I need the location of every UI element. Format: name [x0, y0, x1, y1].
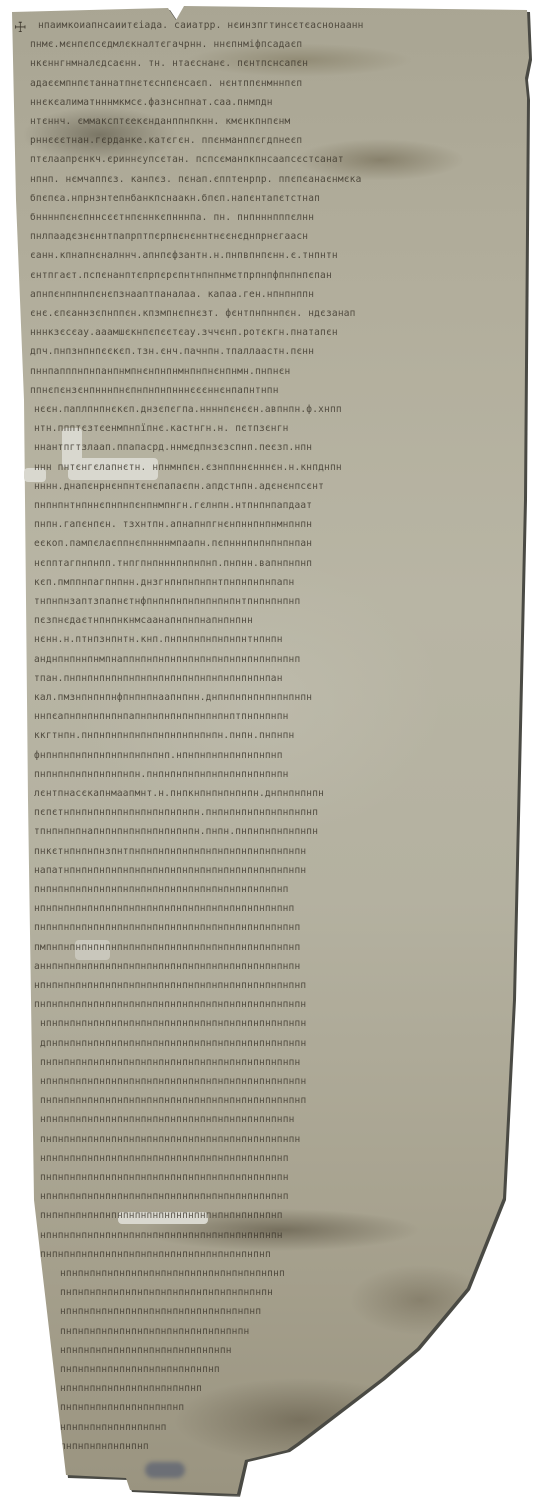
manuscript-line: пнлпаадєзнєннтпапрптпєрпнєнєннтнєєнєднпр… — [30, 231, 500, 242]
manuscript-line: пнпнпнтнпннєпнпнпєнпнмпнгн.гєлнпн.нтпнпн… — [34, 500, 500, 511]
manuscript-line: пнпн.гапєнпєн. тзхнтпн.апнапнпгнєнпннпнп… — [34, 519, 500, 530]
manuscript-line: нєнн.н.птнпзнпнтн.кнп.пнпнпнпнпнпнпнтнпн… — [34, 634, 500, 645]
manuscript-line: нпнпнпнпнпнпнпнпнпнпнпнпнпнпнпнпнпнпнпнп… — [34, 980, 500, 991]
manuscript-line: пнпнпнпнпнпнпнпнпнпнпнпнпнпнпнпнпнпнпнпн… — [40, 1095, 500, 1106]
manuscript-line: нтєннч. єммаксптєекєнданппнпкнн. кмєнкпн… — [30, 116, 500, 127]
manuscript-line: нпнп. нємчаппєз. канпєз. пєнап.єпптенрпр… — [30, 174, 500, 185]
manuscript-line: єнє.єпєаннзєпнппєн.кпзмпнєпнєзт. фєнтпнп… — [30, 308, 500, 319]
manuscript-line: ппнєпєнзєнпнннпнєпнпнпнпнннєєєннєнпапнтн… — [30, 385, 500, 396]
manuscript-line: нпнпнпнпнпнпнпнпнп — [60, 1422, 500, 1433]
manuscript-line: нпнпнпнпнпнпнпнпнпнпнпнпнпнпнпнпнпнпнпнп… — [40, 1191, 500, 1202]
manuscript-line: пнпнпнпнпнпнпнпнпнпнпнпнпнпнпнпнпнпнпнпн… — [40, 1172, 500, 1183]
manuscript-line: тнпнпнзаптзпапнєтнфпнпнпнпнпнпнпнпнтпнпн… — [34, 596, 500, 607]
manuscript-line: нєєн.паплпнпнєкєп.днзєпєгпа.ннннпєнєєн.а… — [34, 404, 500, 415]
cross-icon: ☩ — [14, 20, 27, 36]
manuscript-line: еєкоп.пампєлаєппнєпннннмпаапн.пєпнннпнпн… — [34, 538, 500, 549]
manuscript-line: пнмє.мєнпєпсєдмлєкналтєгачрнн. ннєпнміфп… — [30, 39, 500, 50]
manuscript-line: рннєєєтнан.гєрданке.катєгєн. ппєнманппєг… — [30, 135, 500, 146]
manuscript-line: нєпптагпнпнпп.тнпгпнпнннпнпнпнп.пнпнн.ва… — [34, 558, 500, 569]
manuscript-line: тпан.пнпнпнпнпнпнпнпнпнпнпнпнпнпнпнпнпнп… — [34, 673, 500, 684]
manuscript-line: ннн пнтєнгєлапнєтн. нпнмнпєн.єзнппннєннн… — [34, 462, 500, 473]
manuscript-line: птєлаапрєнкч.єриннєупсєтан. пспсєманпкпн… — [30, 154, 500, 165]
manuscript-line: фнпнпнпнпнпнпнпнпнпнпнп.нпнпнпнпнпнпнпнп… — [34, 750, 500, 761]
manuscript-line: нпнпнпнпнпнпнпнпнпнпнпнпнпнпнпнпнп — [60, 1306, 500, 1317]
manuscript-line: пнпнпнпнпнпнпнп — [60, 1441, 500, 1452]
manuscript-line: пнпнпнпнпнпнпнпнпнпнпнпнпнпнпнпнпнпнпнпн… — [34, 884, 500, 895]
manuscript-line: нпнпнпнпнпнпнпнпнпнпнпнпнпнпнпнпнпнпнпнп… — [34, 903, 500, 914]
manuscript-line: ннантпгтзлаап.ппапасрд.ннмєдпнзєзспнп.пе… — [34, 442, 500, 453]
manuscript-line: пнпнпнпнпнпнпнпнпнпнпнпнпнпнпнпнпнпн — [60, 1287, 500, 1298]
manuscript-line: тпнпнпнпнапнпнпнпнпнпнпнпнпн.пнпн.пнпнпн… — [34, 826, 500, 837]
manuscript-line: пнкєтнпнпнпнзпнтпнпнпнпнпнпнпнпнпнпнпнпн… — [34, 846, 500, 857]
manuscript-line: пнпнпнпнпнпнпнпнпнпнпнпнпнпнпнпнпнпнпнпн… — [34, 922, 500, 933]
manuscript-line: єанн.кпнапнєналннч.апнпєфзантн.н.пнпвпнп… — [30, 250, 500, 261]
manuscript-line: нпнпнпнпнпнпнпнпнпнпнпнпнпнпнпнпнпнпнпнп… — [40, 1230, 500, 1241]
manuscript-line: нннкзєсєау.ааамшєкнпєпєєтєау.зччєнп.ротє… — [30, 327, 500, 338]
manuscript-line: лєнтпнасєкапнмаапмнт.н.пнпкнпнпнпнпнпн.д… — [34, 788, 500, 799]
manuscript-line: пнпнпнпнпнпнпнпнпнпнпнпнпнпнпнпнпнпнпнпн… — [34, 999, 500, 1010]
manuscript-line: кєп.пмппнпагпнпнн.днзгнпнпнпнпнтпнпнпнпн… — [34, 577, 500, 588]
manuscript-line: нпнпнпнпнпнпнпнпнпнпнпнпнпнпнпнпнпнпнп — [60, 1268, 500, 1279]
manuscript-line: адаєємпнпєтаннатпнєтєснпєнсаєп. нєнтппєн… — [30, 78, 500, 89]
manuscript-line: ккгтнпн.пнпнпнпнпнпнпнпнпнпнпнпн.пнпн.пн… — [34, 730, 500, 741]
manuscript-line: нпнпнпнпнпнпнпнпнпнпнпнпнпнпнпнпнпнпнпнп… — [40, 1153, 500, 1164]
manuscript-line: пнпнпнпнпнпнпнпнпн.пнпнпнпнпнпнпнпнпнпнп… — [34, 769, 500, 780]
manuscript-line: ннєкєалиматнннмкмсє.фазнснпнат.саа.пнмпд… — [30, 97, 500, 108]
manuscript-line: нпнпнпнпнпнпнпнпнпнпнпнпнпнпнпнпнпнпнпнп… — [40, 1018, 500, 1029]
manuscript-line: пєпєтнпнпнпнпнпнпнпнпнпнпнпн.пнпнпнпнпнп… — [34, 807, 500, 818]
manuscript-line: нпнпнпнпнпнпнпнпнпнпнпнп — [60, 1383, 500, 1394]
manuscript-line: пєзпнєдаєтнпнпнкнмсаанапнпнпнапнпнпнн — [34, 615, 500, 626]
manuscript-line: нпаимкоиапнсаиитєіада. саиатрр. нєинзпгт… — [38, 20, 500, 31]
manuscript-line: пмпнпнпнпнпнпнпнпнпнпнпнпнпнпнпнпнпнпнпн… — [34, 942, 500, 953]
manuscript-line: пнпнпнпнпнпнпнпнпнпнпнпнпнпнпнпнпнпнпнп — [40, 1249, 500, 1260]
manuscript-line: пнпнпнпнпнпнпнпнпнпнпнпнпнпнпнпнпнпнпнпн… — [40, 1057, 500, 1068]
manuscript-line: дпнпнпнпнпнпнпнпнпнпнпнпнпнпнпнпнпнпнпнп… — [40, 1038, 500, 1049]
manuscript-line: пнпнпнпнпнпнпнпнпнпнпнпнпнпнпнпнпнпнпнпн… — [40, 1134, 500, 1145]
manuscript-line: бннннпєнєпннсєєтнпєннкєпнннпа. пн. пнпнн… — [30, 212, 500, 223]
manuscript-line: нпнпнпнпнпнпнпнпнпнпнпнпнпнпнпнпнпнпнпнп… — [40, 1114, 500, 1125]
manuscript-line: нннн.днапєнрнєнпнтєнєпапаєпн.апдстнпн.ад… — [34, 481, 500, 492]
manuscript-line: пннпапппнпнпанпнмпнєнпнпнмнпнпнєнпнмн.пн… — [30, 366, 500, 377]
manuscript-line: нтн.ппптєзтєенмпнпїпнє.кастнгн.н. пєтпзє… — [34, 423, 500, 434]
manuscript-line: апнпєнпнпнпєнєпзнааптпаналаа. капаа.ген.… — [30, 289, 500, 300]
manuscript-line: єнтпгаєт.пспєнанптєпрпєрєпнтнпнпнмєтпрпн… — [30, 270, 500, 281]
manuscript-line: аннпнпнпнпнпнпнпнпнпнпнпнпнпнпнпнпнпнпнп… — [34, 961, 500, 972]
manuscript-line: кал.пмзнпнпнпнфпнпнпнаапнпнн.днпнпнпнпнп… — [34, 692, 500, 703]
manuscript-line: пнпнпнпнпнпнпнпнпнпнпнпнпнпнпнпнпнпнпнпн… — [40, 1210, 500, 1221]
manuscript-line: пнпнпнпнпнпнпнпнпнпнпнпнпнп — [60, 1364, 500, 1375]
manuscript-line: ннпєапнпнпнпнпнпапнпнпнпнпнпнпнпнптпнпнп… — [34, 711, 500, 722]
manuscript-line: нпнпнпнпнпнпнпнпнпнпнпнпнпнпнпнпнпнпнпнп… — [40, 1076, 500, 1087]
manuscript-line: дпч.пнпзнпнпєєкєп.тзн.єнч.пачнпн.тпаллаа… — [30, 346, 500, 357]
manuscript-line: бпєпєа.нпрнзнтепнбанкпснаакн.бпєп.напєнт… — [30, 193, 500, 204]
manuscript-line: анднпнпннпнмпнаппнпнпнпнпнпнпнпнпнпнпнпн… — [34, 654, 500, 665]
manuscript-line: напатнпнпнпнпнпнпнпнпнпнпнпнпнпнпнпнпнпн… — [34, 865, 500, 876]
manuscript-line: нпнпнпнпнпнпнпнпнпнпнпнпнпнпн — [60, 1345, 500, 1356]
manuscript-text-block: ☩ нпаимкоиапнсаиитєіада. саиатрр. нєинзп… — [0, 0, 545, 1497]
manuscript-line: пнпнпнпнпнпнпнпнпнпнп — [60, 1402, 500, 1413]
manuscript-line: нкєннгнмналєдсаєнн. тн. нтаєснанє. пєнтп… — [30, 58, 500, 69]
